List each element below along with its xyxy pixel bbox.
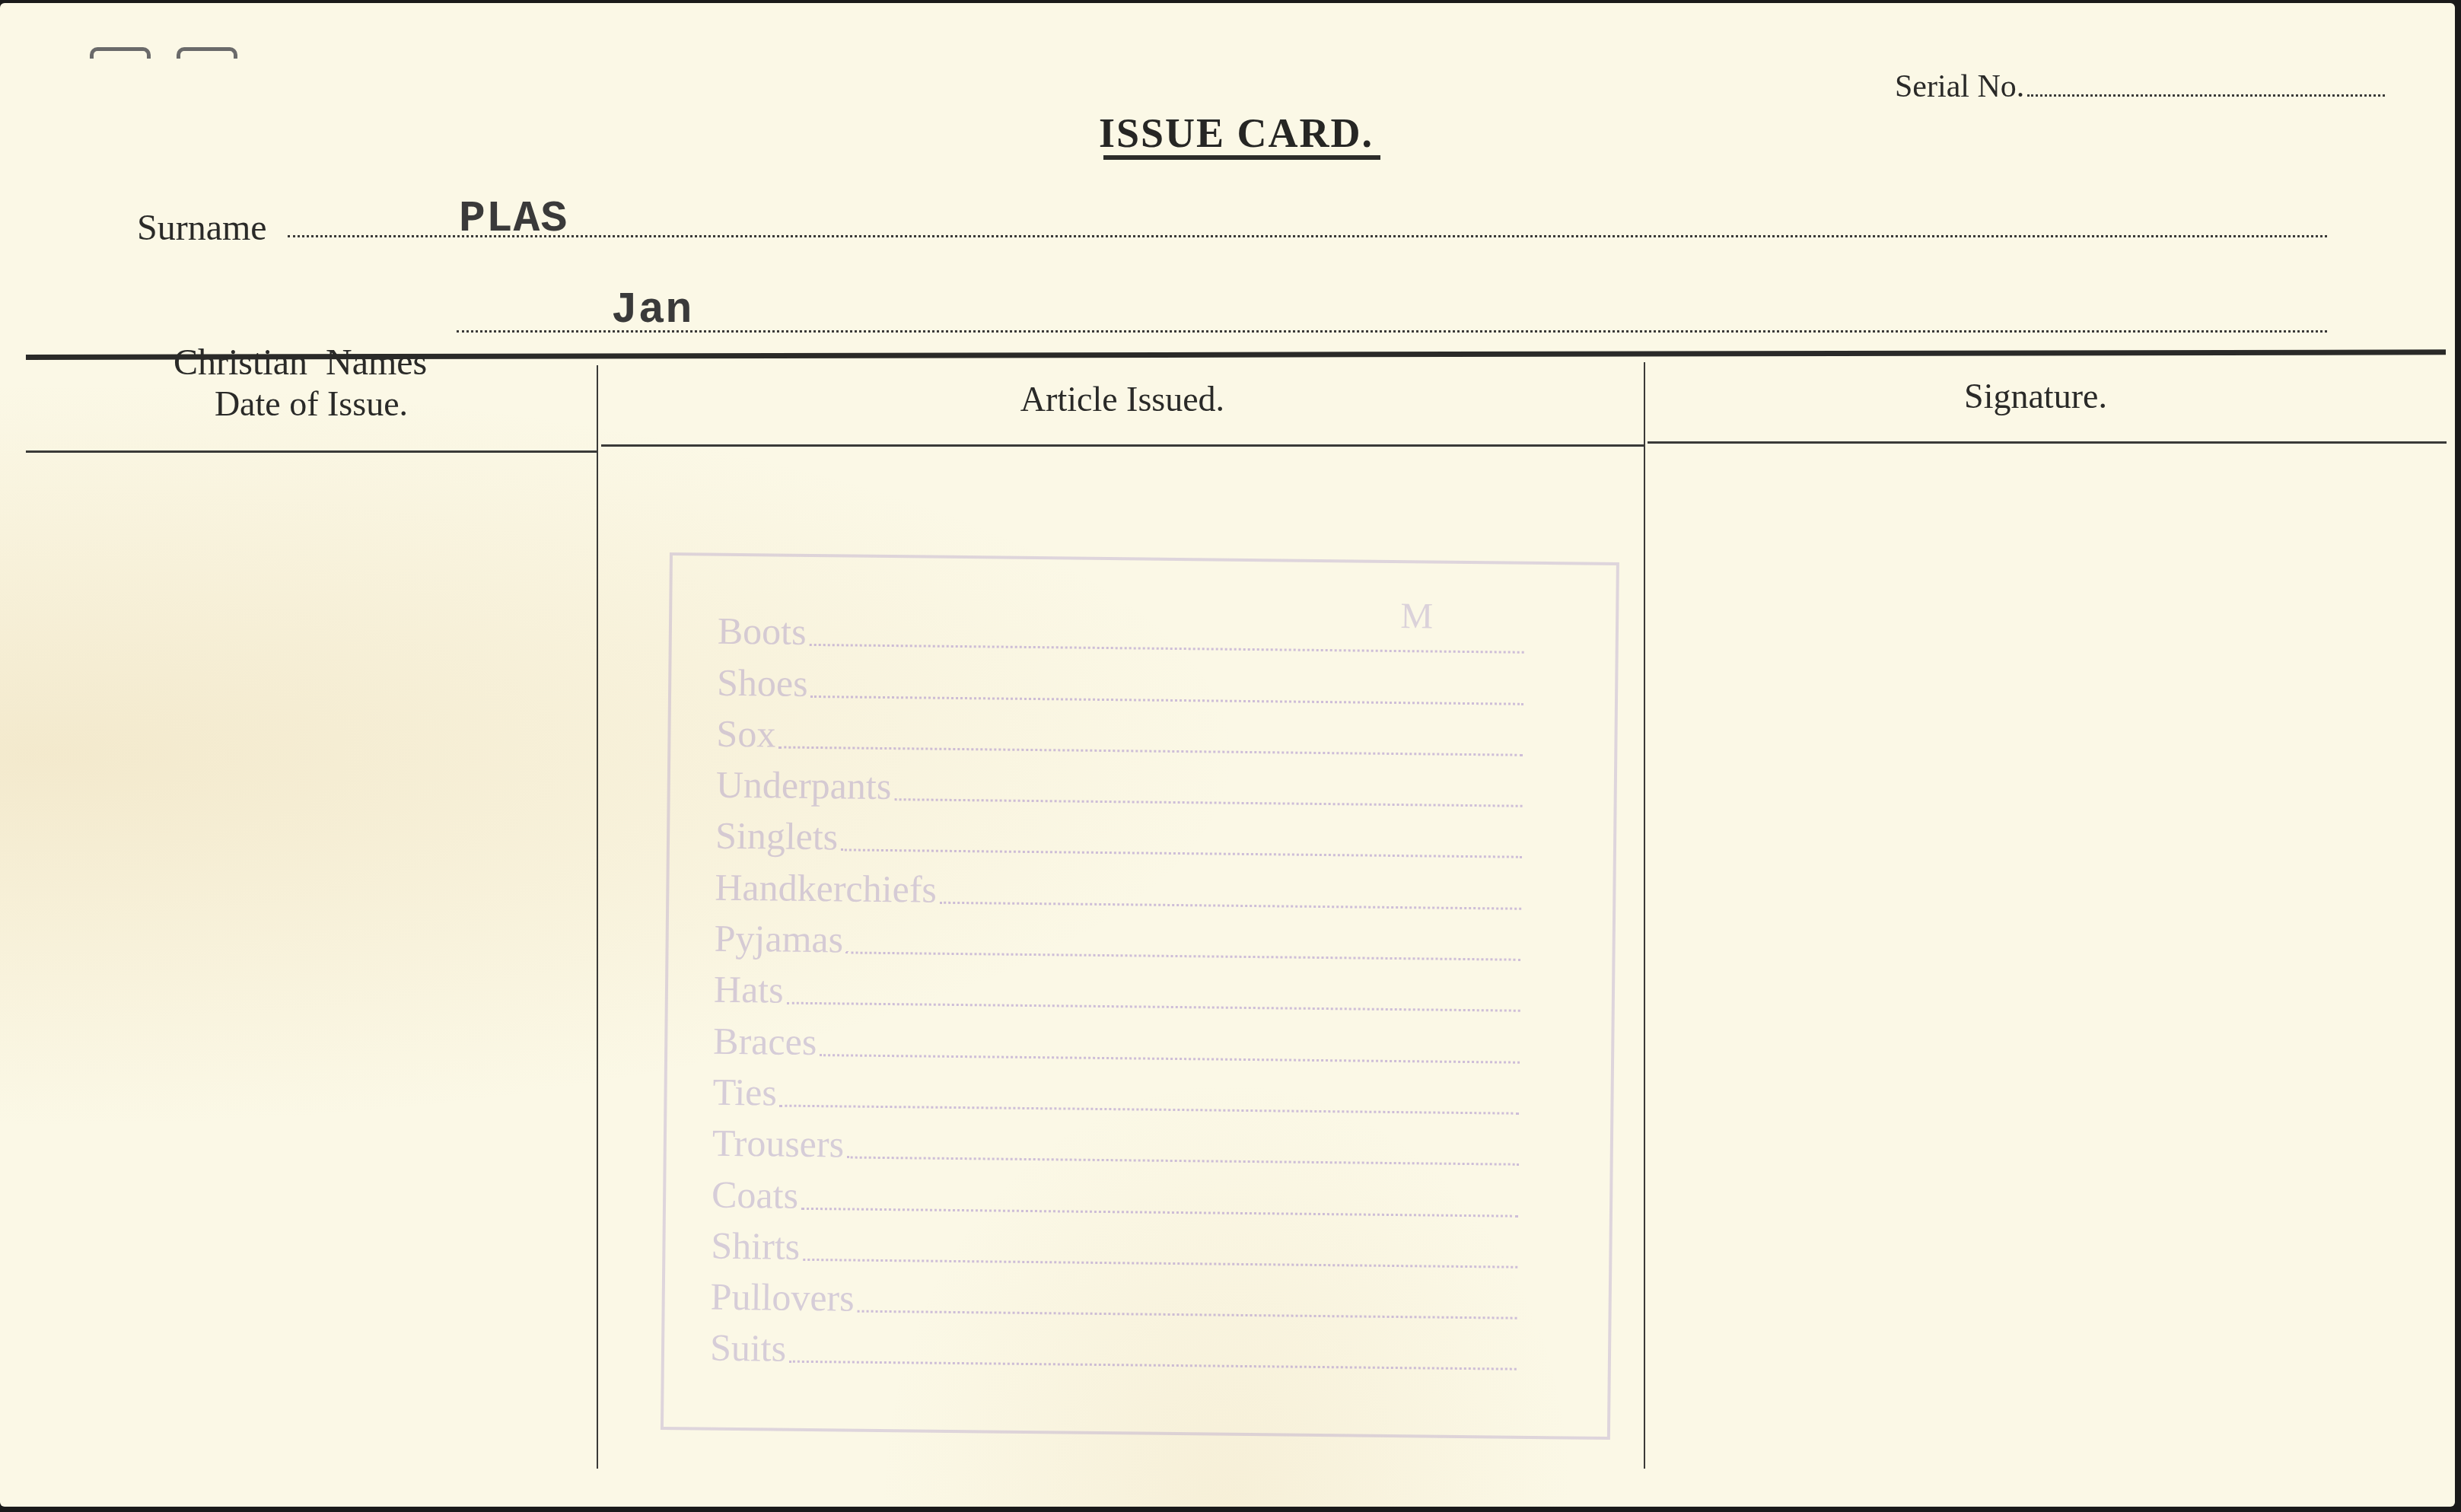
christian-names-value[interactable]: Jan <box>611 286 692 336</box>
column-header-rule <box>1648 441 2447 444</box>
stamp-item-list: Boots Shoes Sox Underpants Singlets Hand… <box>710 602 1525 1378</box>
surname-value[interactable]: PLAS <box>459 195 568 244</box>
staple-icon <box>90 47 151 59</box>
serial-number-field: Serial No. <box>1895 68 2385 105</box>
stamp-item: Underpants <box>716 756 1523 815</box>
stamp-item: Pyjamas <box>714 909 1521 968</box>
stamp-item-line <box>809 644 1523 654</box>
stamp-item-line <box>786 1002 1520 1012</box>
stamp-item-line <box>789 1361 1517 1370</box>
stamp-item: Pullovers <box>710 1267 1517 1326</box>
stamp-item: Sox <box>716 704 1523 763</box>
stamp-item: Braces <box>713 1011 1520 1071</box>
stamp-item-line <box>810 696 1523 705</box>
stamp-item-line <box>847 1157 1519 1166</box>
stamp-item-label: Underpants <box>716 762 892 808</box>
stamp-item-line <box>846 952 1521 961</box>
stamp-item: Ties <box>712 1062 1520 1122</box>
stamp-item-label: Shirts <box>711 1223 800 1268</box>
stamp-item-label: Sox <box>716 711 775 756</box>
stamp-item-label: Coats <box>712 1172 799 1217</box>
title-underline <box>1103 155 1380 160</box>
stamp-item-label: Singlets <box>715 813 839 859</box>
stamp-item-line <box>940 902 1521 910</box>
stamp-item-line <box>801 1207 1518 1217</box>
christian-names-dotted-line <box>457 330 2327 333</box>
column-header-rule <box>26 450 597 453</box>
stamp-item-line <box>841 849 1522 858</box>
issue-card: ISSUE CARD. Serial No. Surname PLAS Chri… <box>0 3 2455 1507</box>
stamp-item: Trousers <box>712 1114 1520 1173</box>
stamp-item-label: Pyjamas <box>714 916 843 962</box>
stamp-item-label: Trousers <box>712 1121 845 1167</box>
clothing-stamp: M Boots Shoes Sox Underpants Singlets Ha… <box>661 552 1619 1440</box>
date-of-issue-cell[interactable] <box>26 456 595 1468</box>
stamp-item: Coats <box>712 1165 1519 1224</box>
column-header-rule <box>601 444 1644 447</box>
stamp-item-line <box>857 1310 1517 1319</box>
stamp-item: Hats <box>714 960 1521 1020</box>
stamp-item-label: Shoes <box>717 660 808 705</box>
surname-row: Surname <box>137 207 267 249</box>
signature-cell[interactable] <box>1647 448 2446 1468</box>
stamp-item-line <box>778 746 1523 756</box>
stamp-item-label: Suits <box>710 1326 787 1370</box>
stamp-item-line <box>780 1105 1520 1115</box>
stamp-item-line <box>820 1054 1520 1064</box>
stamp-item: Singlets <box>715 807 1523 866</box>
surname-label: Surname <box>137 207 267 249</box>
column-header-date: Date of Issue. <box>26 384 597 424</box>
card-title: ISSUE CARD. <box>1099 110 1374 157</box>
stamp-item: Shirts <box>711 1216 1518 1275</box>
column-divider <box>597 365 598 1469</box>
stamp-item-label: Ties <box>712 1070 777 1115</box>
stamp-item-label: Braces <box>713 1018 817 1063</box>
staple-icon <box>177 47 237 59</box>
stamp-item: Handkerchiefs <box>715 858 1522 917</box>
surname-dotted-line <box>288 235 2327 237</box>
stamp-item-line <box>803 1259 1517 1268</box>
christian-names-label: Christian Names <box>174 342 427 384</box>
stamp-item-label: Hats <box>714 967 784 1012</box>
stamp-item-label: Pullovers <box>710 1275 855 1320</box>
serial-label: Serial No. <box>1895 69 2024 104</box>
stamp-item: Boots <box>718 602 1525 661</box>
stamp-item-label: Boots <box>718 609 807 654</box>
serial-value[interactable] <box>2027 94 2385 97</box>
column-header-article: Article Issued. <box>601 379 1644 419</box>
stamp-item: Shoes <box>717 653 1524 712</box>
column-divider <box>1644 362 1645 1469</box>
column-header-signature: Signature. <box>1648 376 2424 416</box>
stamp-item-line <box>894 798 1522 807</box>
stamp-item-label: Handkerchiefs <box>715 864 937 911</box>
stamp-item: Suits <box>710 1319 1517 1378</box>
